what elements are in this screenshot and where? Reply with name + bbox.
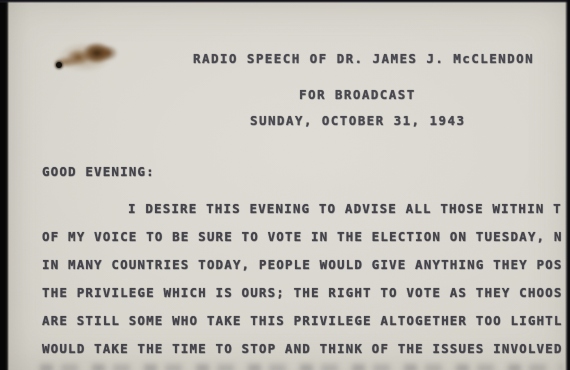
scan-edge-top (0, 0, 570, 3)
ink-stain-dot (56, 62, 62, 68)
body-line: THE PRIVILEGE WHICH IS OURS; THE RIGHT T… (42, 285, 563, 300)
document-title-line-3: SUNDAY, OCTOBER 31, 1943 (250, 113, 465, 128)
cut-off-partial-line (40, 364, 562, 370)
body-line: OF MY VOICE TO BE SURE TO VOTE IN THE EL… (42, 229, 563, 244)
scan-edge-left (0, 0, 9, 370)
body-line: IN MANY COUNTRIES TODAY, PEOPLE WOULD GI… (42, 257, 563, 272)
salutation: GOOD EVENING: (42, 164, 155, 179)
body-line: ARE STILL SOME WHO TAKE THIS PRIVILEGE A… (42, 313, 563, 328)
document-title-line-1: RADIO SPEECH OF DR. JAMES J. McCLENDON (193, 51, 534, 66)
scanned-document-page: RADIO SPEECH OF DR. JAMES J. McCLENDON F… (0, 0, 570, 370)
body-line: I DESIRE THIS EVENING TO ADVISE ALL THOS… (128, 201, 562, 216)
scan-edge-right (565, 0, 570, 370)
document-title-line-2: FOR BROADCAST (299, 87, 416, 102)
body-line: WOULD TAKE THE TIME TO STOP AND THINK OF… (42, 341, 563, 356)
ink-stain (46, 34, 120, 76)
